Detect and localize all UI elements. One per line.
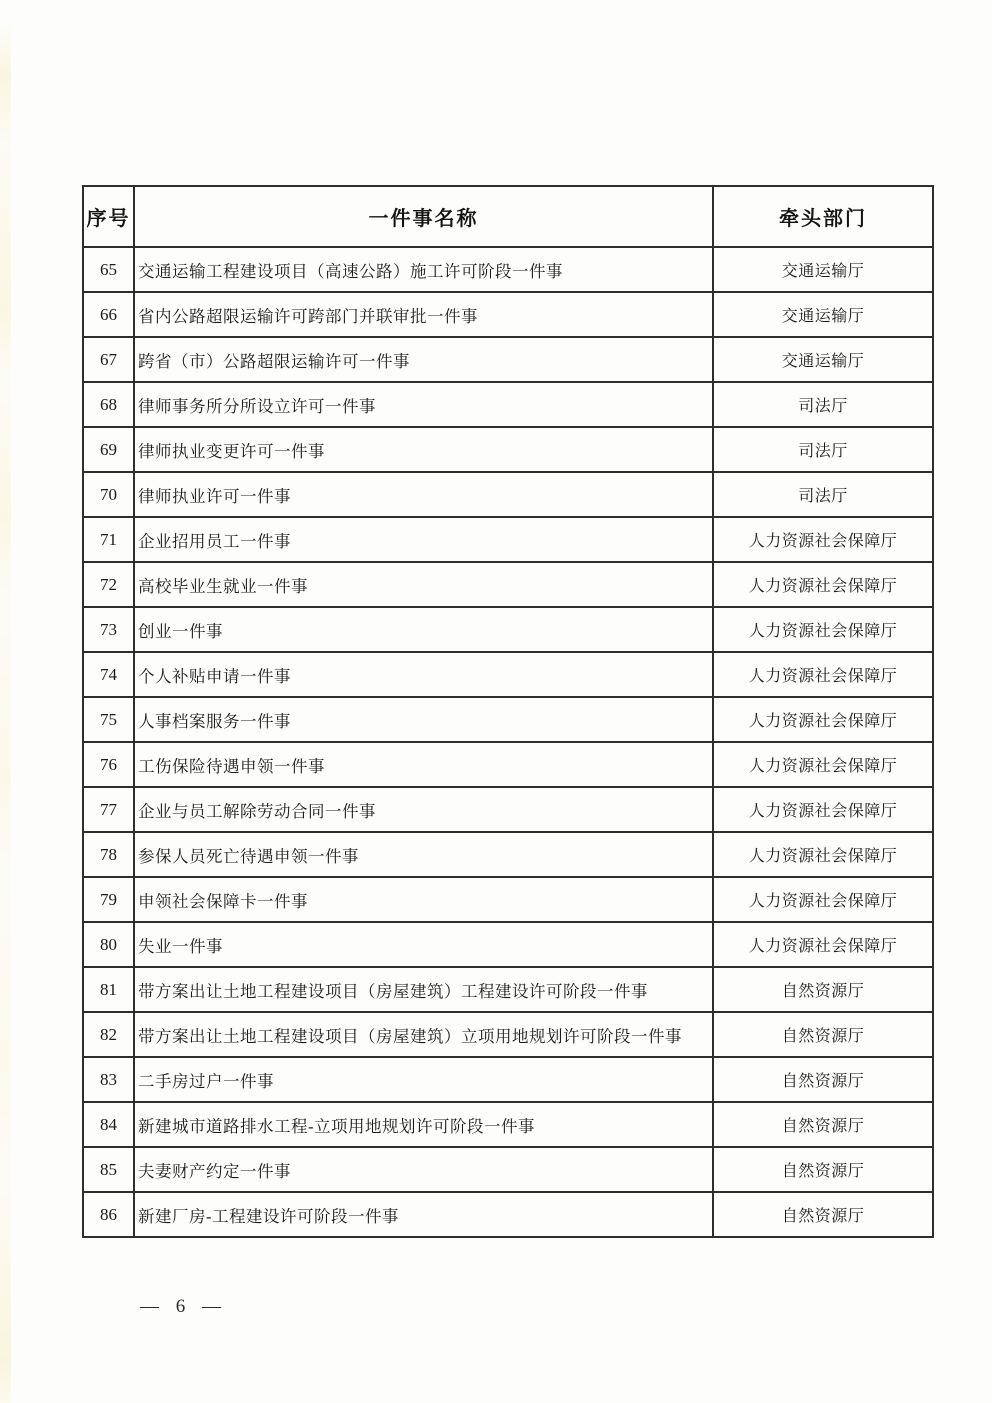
- serial-number-cell: 69: [83, 427, 134, 472]
- item-name-cell: 申领社会保障卡一件事: [134, 877, 713, 922]
- item-name-cell: 企业与员工解除劳动合同一件事: [134, 787, 713, 832]
- lead-department-cell: 人力资源社会保障厅: [713, 787, 933, 832]
- table-row: 80 失业一件事 人力资源社会保障厅: [83, 922, 933, 967]
- item-name-cell: 参保人员死亡待遇申领一件事: [134, 832, 713, 877]
- item-name-cell: 失业一件事: [134, 922, 713, 967]
- lead-department-cell: 自然资源厅: [713, 1012, 933, 1057]
- lead-department-cell: 自然资源厅: [713, 1192, 933, 1237]
- item-name-cell: 高校毕业生就业一件事: [134, 562, 713, 607]
- item-name-cell: 交通运输工程建设项目（高速公路）施工许可阶段一件事: [134, 247, 713, 292]
- serial-number-cell: 77: [83, 787, 134, 832]
- table-row: 70 律师执业许可一件事 司法厅: [83, 472, 933, 517]
- items-table-container: 序号 一件事名称 牵头部门 65 交通运输工程建设项目（高速公路）施工许可阶段一…: [82, 185, 934, 1238]
- item-name-cell: 律师执业变更许可一件事: [134, 427, 713, 472]
- serial-number-cell: 82: [83, 1012, 134, 1057]
- serial-number-cell: 71: [83, 517, 134, 562]
- serial-number-cell: 68: [83, 382, 134, 427]
- lead-department-cell: 人力资源社会保障厅: [713, 832, 933, 877]
- item-name-cell: 带方案出让土地工程建设项目（房屋建筑）立项用地规划许可阶段一件事: [134, 1012, 713, 1057]
- lead-department-cell: 交通运输厅: [713, 337, 933, 382]
- serial-number-cell: 80: [83, 922, 134, 967]
- serial-number-cell: 70: [83, 472, 134, 517]
- item-name-cell: 跨省（市）公路超限运输许可一件事: [134, 337, 713, 382]
- item-name-cell: 带方案出让土地工程建设项目（房屋建筑）工程建设许可阶段一件事: [134, 967, 713, 1012]
- table-row: 76 工伤保险待遇申领一件事 人力资源社会保障厅: [83, 742, 933, 787]
- table-row: 67 跨省（市）公路超限运输许可一件事 交通运输厅: [83, 337, 933, 382]
- item-name-cell: 律师事务所分所设立许可一件事: [134, 382, 713, 427]
- serial-number-cell: 78: [83, 832, 134, 877]
- serial-number-cell: 79: [83, 877, 134, 922]
- serial-number-cell: 74: [83, 652, 134, 697]
- serial-number-cell: 67: [83, 337, 134, 382]
- lead-department-cell: 人力资源社会保障厅: [713, 922, 933, 967]
- lead-department-cell: 自然资源厅: [713, 1102, 933, 1147]
- item-name-cell: 律师执业许可一件事: [134, 472, 713, 517]
- table-row: 72 高校毕业生就业一件事 人力资源社会保障厅: [83, 562, 933, 607]
- serial-number-cell: 84: [83, 1102, 134, 1147]
- item-name-cell: 个人补贴申请一件事: [134, 652, 713, 697]
- item-name-cell: 夫妻财产约定一件事: [134, 1147, 713, 1192]
- page-number: — 6 —: [140, 1296, 227, 1318]
- serial-number-cell: 73: [83, 607, 134, 652]
- document-page: { "page": { "number_label": "— 6 —" }, "…: [0, 0, 992, 1403]
- serial-number-cell: 86: [83, 1192, 134, 1237]
- table-row: 77 企业与员工解除劳动合同一件事 人力资源社会保障厅: [83, 787, 933, 832]
- item-name-cell: 省内公路超限运输许可跨部门并联审批一件事: [134, 292, 713, 337]
- items-table: 序号 一件事名称 牵头部门 65 交通运输工程建设项目（高速公路）施工许可阶段一…: [82, 185, 934, 1238]
- serial-number-cell: 72: [83, 562, 134, 607]
- table-row: 75 人事档案服务一件事 人力资源社会保障厅: [83, 697, 933, 742]
- table-row: 74 个人补贴申请一件事 人力资源社会保障厅: [83, 652, 933, 697]
- item-name-cell: 企业招用员工一件事: [134, 517, 713, 562]
- serial-number-cell: 66: [83, 292, 134, 337]
- table-row: 86 新建厂房-工程建设许可阶段一件事 自然资源厅: [83, 1192, 933, 1237]
- table-row: 68 律师事务所分所设立许可一件事 司法厅: [83, 382, 933, 427]
- table-row: 65 交通运输工程建设项目（高速公路）施工许可阶段一件事 交通运输厅: [83, 247, 933, 292]
- column-header-item-name: 一件事名称: [134, 186, 713, 247]
- lead-department-cell: 自然资源厅: [713, 967, 933, 1012]
- item-name-cell: 新建厂房-工程建设许可阶段一件事: [134, 1192, 713, 1237]
- serial-number-cell: 81: [83, 967, 134, 1012]
- table-row: 69 律师执业变更许可一件事 司法厅: [83, 427, 933, 472]
- serial-number-cell: 76: [83, 742, 134, 787]
- serial-number-cell: 83: [83, 1057, 134, 1102]
- item-name-cell: 新建城市道路排水工程-立项用地规划许可阶段一件事: [134, 1102, 713, 1147]
- lead-department-cell: 司法厅: [713, 427, 933, 472]
- lead-department-cell: 人力资源社会保障厅: [713, 652, 933, 697]
- lead-department-cell: 司法厅: [713, 472, 933, 517]
- lead-department-cell: 人力资源社会保障厅: [713, 517, 933, 562]
- lead-department-cell: 人力资源社会保障厅: [713, 562, 933, 607]
- lead-department-cell: 自然资源厅: [713, 1147, 933, 1192]
- lead-department-cell: 人力资源社会保障厅: [713, 697, 933, 742]
- table-row: 81 带方案出让土地工程建设项目（房屋建筑）工程建设许可阶段一件事 自然资源厅: [83, 967, 933, 1012]
- table-row: 85 夫妻财产约定一件事 自然资源厅: [83, 1147, 933, 1192]
- table-row: 82 带方案出让土地工程建设项目（房屋建筑）立项用地规划许可阶段一件事 自然资源…: [83, 1012, 933, 1057]
- table-row: 66 省内公路超限运输许可跨部门并联审批一件事 交通运输厅: [83, 292, 933, 337]
- table-row: 71 企业招用员工一件事 人力资源社会保障厅: [83, 517, 933, 562]
- item-name-cell: 创业一件事: [134, 607, 713, 652]
- table-row: 78 参保人员死亡待遇申领一件事 人力资源社会保障厅: [83, 832, 933, 877]
- scan-artifact-left: [0, 20, 11, 1403]
- table-header-row: 序号 一件事名称 牵头部门: [83, 186, 933, 247]
- serial-number-cell: 75: [83, 697, 134, 742]
- table-row: 79 申领社会保障卡一件事 人力资源社会保障厅: [83, 877, 933, 922]
- serial-number-cell: 85: [83, 1147, 134, 1192]
- column-header-serial-number: 序号: [83, 186, 134, 247]
- table-header: 序号 一件事名称 牵头部门: [83, 186, 933, 247]
- item-name-cell: 二手房过户一件事: [134, 1057, 713, 1102]
- column-header-lead-department: 牵头部门: [713, 186, 933, 247]
- item-name-cell: 人事档案服务一件事: [134, 697, 713, 742]
- lead-department-cell: 交通运输厅: [713, 247, 933, 292]
- lead-department-cell: 人力资源社会保障厅: [713, 607, 933, 652]
- lead-department-cell: 交通运输厅: [713, 292, 933, 337]
- item-name-cell: 工伤保险待遇申领一件事: [134, 742, 713, 787]
- table-row: 73 创业一件事 人力资源社会保障厅: [83, 607, 933, 652]
- serial-number-cell: 65: [83, 247, 134, 292]
- table-row: 83 二手房过户一件事 自然资源厅: [83, 1057, 933, 1102]
- lead-department-cell: 人力资源社会保障厅: [713, 742, 933, 787]
- lead-department-cell: 人力资源社会保障厅: [713, 877, 933, 922]
- lead-department-cell: 自然资源厅: [713, 1057, 933, 1102]
- table-row: 84 新建城市道路排水工程-立项用地规划许可阶段一件事 自然资源厅: [83, 1102, 933, 1147]
- table-body: 65 交通运输工程建设项目（高速公路）施工许可阶段一件事 交通运输厅 66 省内…: [83, 247, 933, 1237]
- lead-department-cell: 司法厅: [713, 382, 933, 427]
